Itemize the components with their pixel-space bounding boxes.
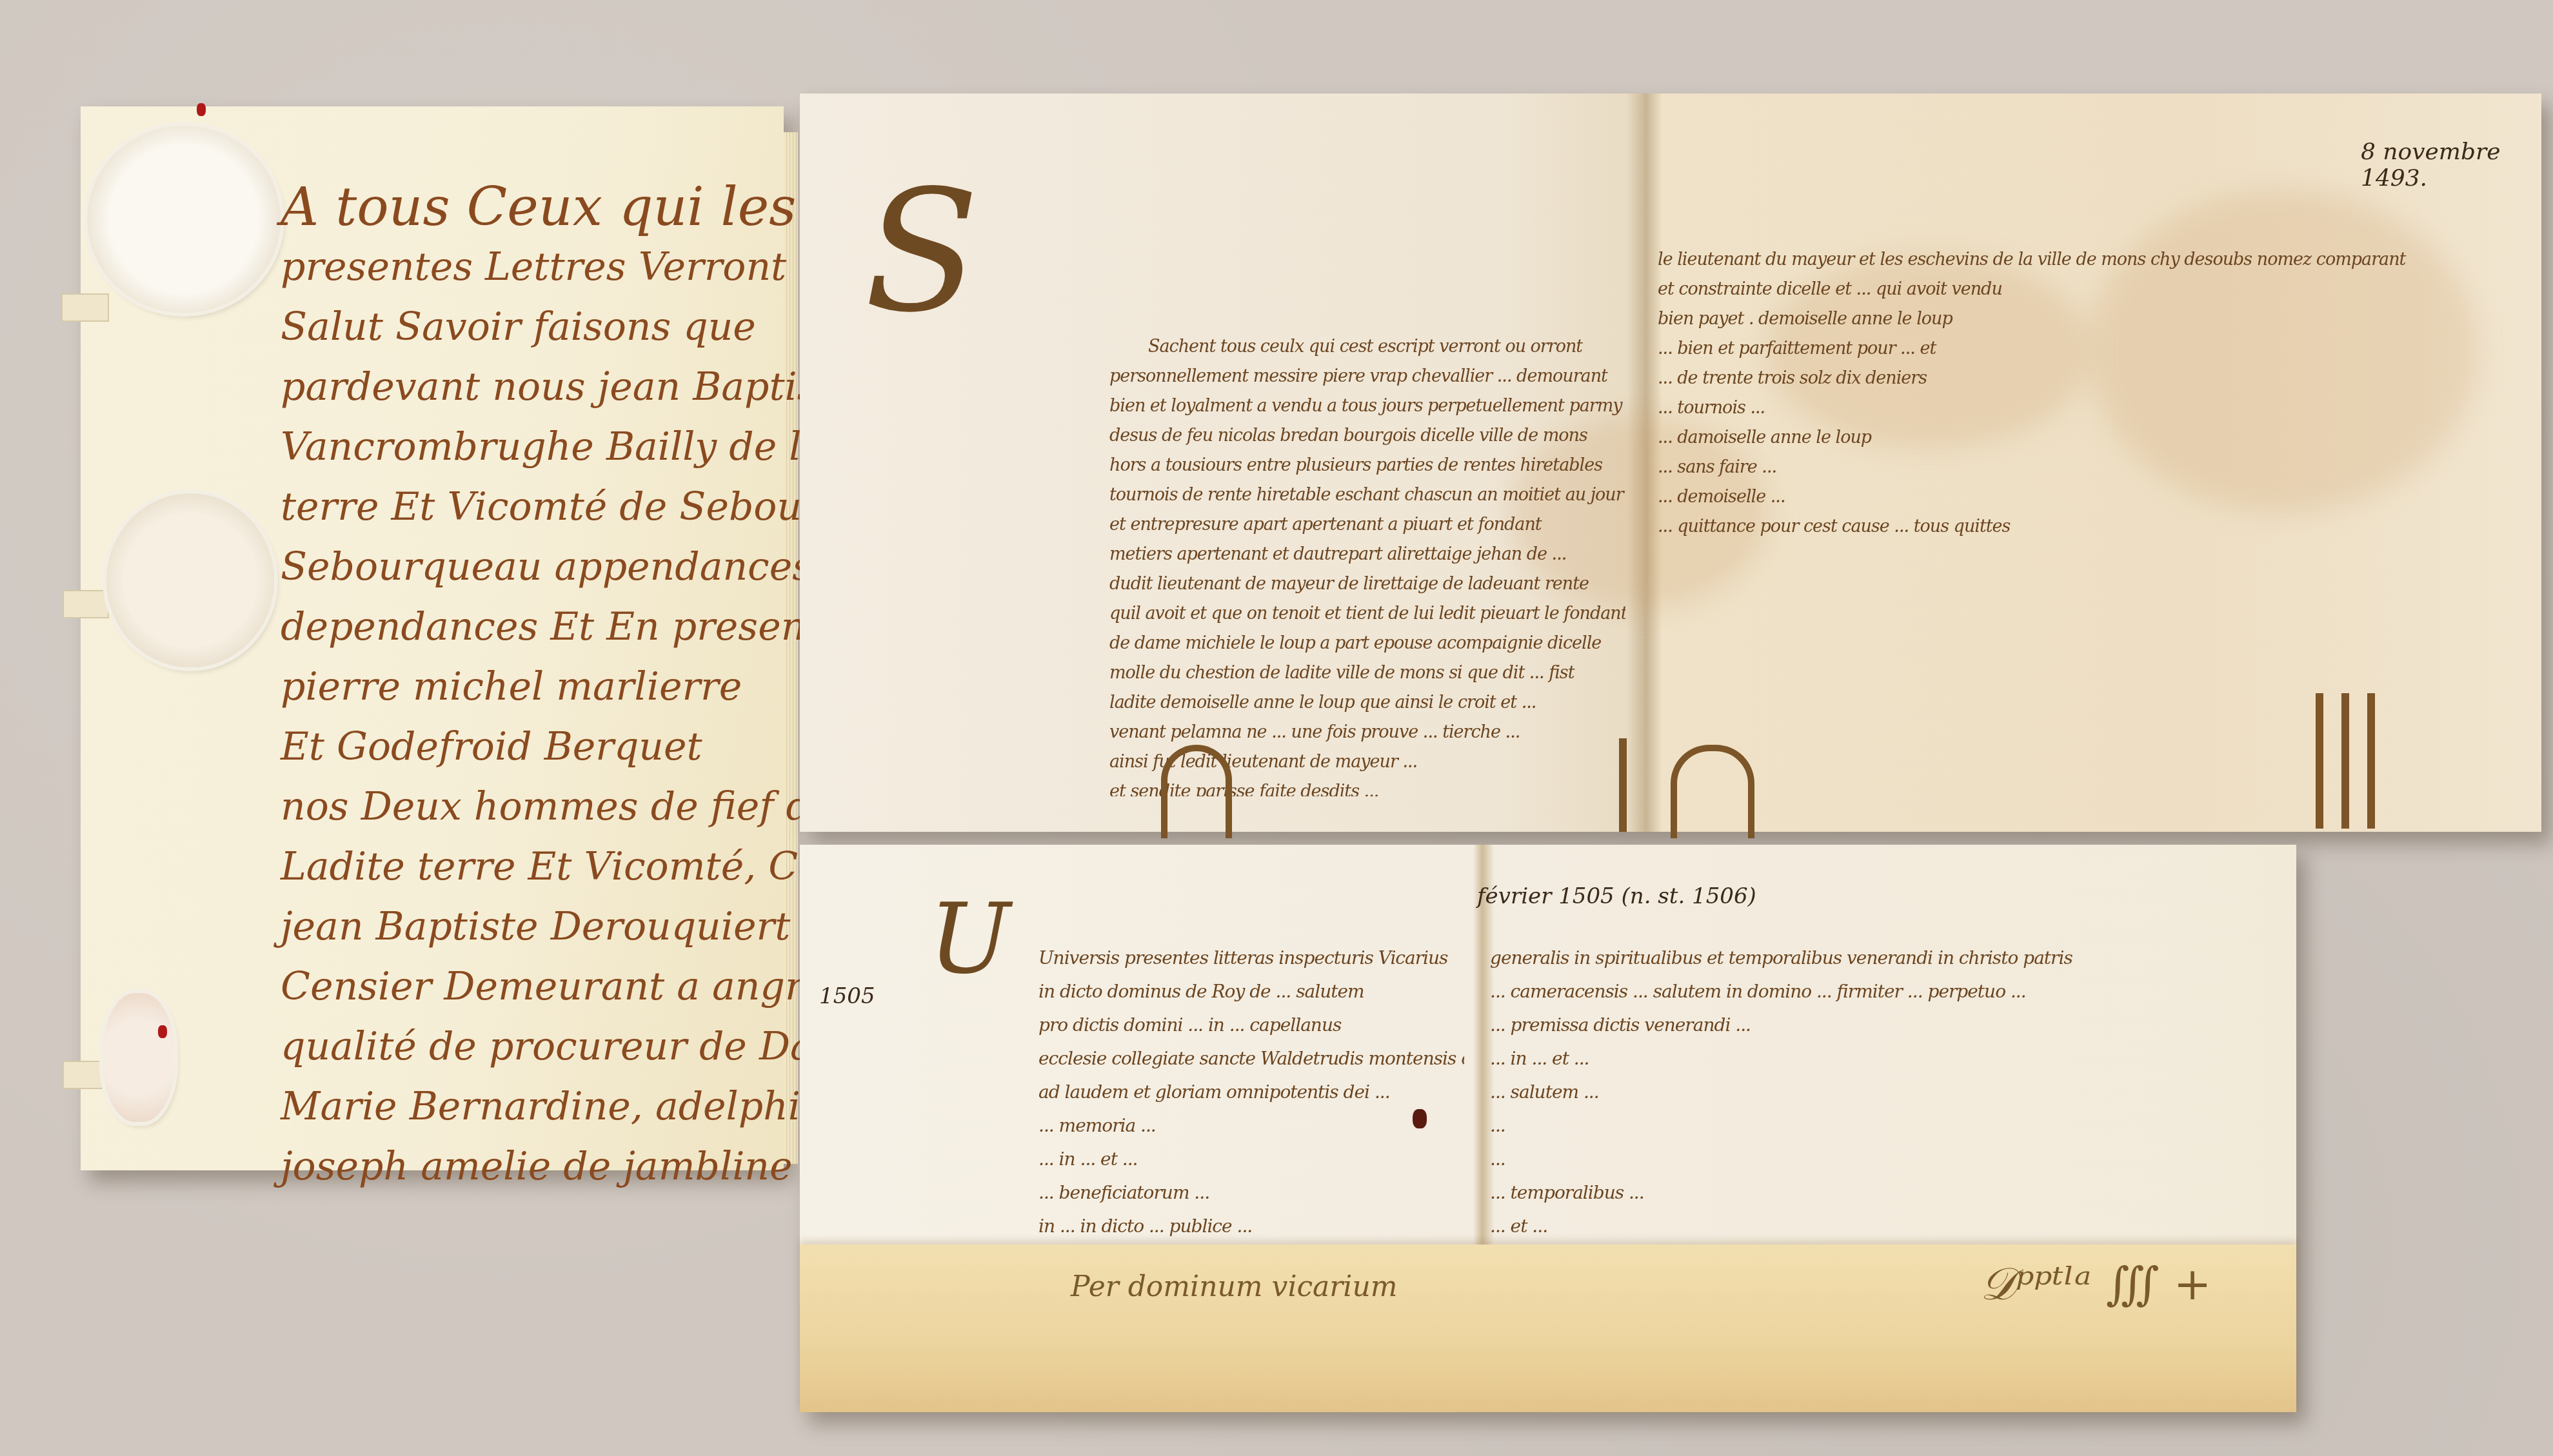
- text-column-right: generalis in spiritualibus et temporalib…: [1490, 941, 2283, 1244]
- notarial-mark-stroke: [1619, 738, 1627, 832]
- text-line: ... et ...: [1490, 1210, 2283, 1243]
- date-annotation: 8 novembre 1493.: [2361, 139, 2541, 192]
- text-line: et constrainte dicelle et ... qui avoit …: [1658, 275, 2490, 304]
- red-wax-trace: [158, 1025, 167, 1038]
- text-line: tournois de rente hiretable eschant chas…: [1109, 480, 1625, 510]
- vellum-tab: [63, 590, 109, 618]
- notarial-mark: [1671, 745, 1754, 838]
- text-line: ... sans faire ...: [1658, 453, 2490, 482]
- text-line: de dame michiele le loup a part epouse a…: [1109, 629, 1625, 658]
- red-wax-trace: [197, 103, 206, 116]
- text-line: venant pelamna ne ... une fois prouve ..…: [1109, 718, 1625, 747]
- notarial-mark-stroke: [2367, 693, 2375, 829]
- decorated-initial-S: S: [864, 155, 979, 349]
- text-line: ladite demoiselle anne le loup que ainsi…: [1109, 688, 1625, 718]
- text-line: Ladite terre Et Vicomté, Comparut: [281, 837, 771, 897]
- text-line: ... in ... et ...: [1038, 1143, 1464, 1176]
- text-line: molle du chestion de ladite ville de mon…: [1109, 658, 1625, 688]
- text-line: terre Et Vicomté de Sebourg Et: [281, 477, 771, 537]
- text-line: pardevant nous jean Baptiste: [281, 357, 771, 417]
- text-line: joseph amelie de jambline: [281, 1137, 771, 1197]
- text-line: ... damoiselle anne le loup: [1658, 423, 2490, 453]
- text-line: et entrepresure apart apertenant a piuar…: [1109, 510, 1625, 540]
- text-line: ... tournois ...: [1658, 393, 2490, 423]
- text-line: ... premissa dictis venerandi ...: [1490, 1008, 2283, 1042]
- text-line: Sebourqueau appendances Et: [281, 537, 771, 597]
- paper-seal-rosette: [87, 126, 281, 313]
- text-line: ... temporalibus ...: [1490, 1176, 2283, 1210]
- text-line: metiers apertenant et dautrepart alirett…: [1109, 540, 1625, 569]
- text-line: pierre michel marlierre: [281, 657, 771, 717]
- text-line: ... demoiselle ...: [1658, 482, 2490, 512]
- text-line: generalis in spiritualibus et temporalib…: [1490, 941, 2283, 975]
- paper-seal-rosette: [106, 493, 274, 667]
- document-1505-charter: 1505 février 1505 (n. st. 1506) U Univer…: [800, 845, 2296, 1412]
- folded-plica: Per dominum vicarium 𝒟ᵖᵖᵗˡᵃ ∭ +: [800, 1244, 2296, 1412]
- paper-seal-rosette: [103, 993, 174, 1122]
- text-line: ad laudem et gloriam omnipotentis dei ..…: [1038, 1076, 1464, 1109]
- handwritten-text: A tous Ceux qui les presentes Lettres Ve…: [281, 177, 771, 1197]
- text-line: ... quittance pour cest cause ... tous q…: [1658, 512, 2490, 542]
- text-line: dudit lieutenant de mayeur de lirettaige…: [1109, 569, 1625, 599]
- document-1493-notarial-act: S 8 novembre 1493. Sachent tous ceulx qu…: [800, 93, 2541, 832]
- text-line: ecclesie collegiate sancte Waldetrudis m…: [1038, 1042, 1464, 1076]
- text-line: in ... in dicto ... publice ...: [1038, 1210, 1464, 1243]
- text-line: le lieutenant du mayeur et les eschevins…: [1658, 245, 2490, 275]
- text-line: Censier Demeurant a angre En: [281, 957, 771, 1017]
- text-line: bien et loyalment a vendu a tous jours p…: [1109, 391, 1625, 421]
- text-column-left: Universis presentes litteras inspecturis…: [1038, 941, 1464, 1244]
- text-line: ...: [1490, 1143, 2283, 1176]
- text-line: pro dictis domini ... in ... capellanus: [1038, 1008, 1464, 1042]
- text-line: personnellement messire piere vrap cheva…: [1109, 362, 1625, 391]
- text-line: ... cameracensis ... salutem in domino .…: [1490, 975, 2283, 1008]
- text-column-left: Sachent tous ceulx qui cest escript verr…: [1109, 332, 1625, 796]
- text-line: bien payet . demoiselle anne le loup: [1658, 304, 2490, 334]
- text-line: ... beneficiatorum ...: [1038, 1176, 1464, 1210]
- text-line: ...: [1490, 1109, 2283, 1143]
- vellum-tab: [63, 1061, 109, 1089]
- text-line: A tous Ceux qui les: [281, 177, 771, 237]
- opening-words: Universis presentes litteras inspecturis…: [1038, 941, 1464, 975]
- text-column-right: le lieutenant du mayeur et les eschevins…: [1658, 245, 2490, 793]
- text-line: dependances Et En presence de: [281, 597, 771, 657]
- text-line: ... de trente trois solz dix deniers: [1658, 364, 2490, 393]
- text-line: ... bien et parfaittement pour ... et: [1658, 334, 2490, 364]
- text-line: hors a tousiours entre plusieurs parties…: [1109, 451, 1625, 480]
- notarial-mark: [1161, 745, 1232, 838]
- text-line: ... memoria ...: [1038, 1109, 1464, 1143]
- vellum-tab: [61, 293, 109, 322]
- signature-per-dominum-vicarium: Per dominum vicarium: [1071, 1270, 1398, 1303]
- text-line: jean Baptiste Derouquiert: [281, 897, 771, 957]
- decorated-initial-U: U: [929, 883, 1010, 996]
- date-annotation: février 1505 (n. st. 1506): [1477, 883, 1756, 909]
- text-line: ... in ... et ...: [1490, 1042, 2283, 1076]
- text-line: qualité de procureur de Dame: [281, 1017, 771, 1077]
- text-line: ... salutem ...: [1490, 1076, 2283, 1109]
- ink-blot: [1413, 1109, 1427, 1128]
- text-line: desus de feu nicolas bredan bourgois dic…: [1109, 421, 1625, 451]
- notarial-mark-stroke: [2316, 693, 2323, 829]
- margin-year: 1505: [819, 983, 875, 1009]
- text-line: in dicto dominus de Roy de ... salutem: [1038, 975, 1464, 1008]
- text-line: nos Deux hommes de fief de: [281, 777, 771, 837]
- opening-words: Sachent tous ceulx qui cest escript verr…: [1148, 332, 1625, 362]
- text-line: Et Godefroid Berquet: [281, 717, 771, 777]
- text-line: Marie Bernardine, adelphine: [281, 1077, 771, 1137]
- text-line: Salut Savoir faisons que: [281, 297, 771, 357]
- text-line: presentes Lettres Verront ou Liront: [281, 237, 771, 297]
- text-line: quil avoit et que on tenoit et tient de …: [1109, 599, 1625, 629]
- document-left-cursive-act: A tous Ceux qui les presentes Lettres Ve…: [81, 106, 784, 1170]
- notarial-signature-paraph: 𝒟ᵖᵖᵗˡᵃ ∭ +: [1980, 1257, 2211, 1311]
- text-line: Vancrombrughe Bailly de la: [281, 417, 771, 477]
- notarial-mark-stroke: [2341, 693, 2349, 829]
